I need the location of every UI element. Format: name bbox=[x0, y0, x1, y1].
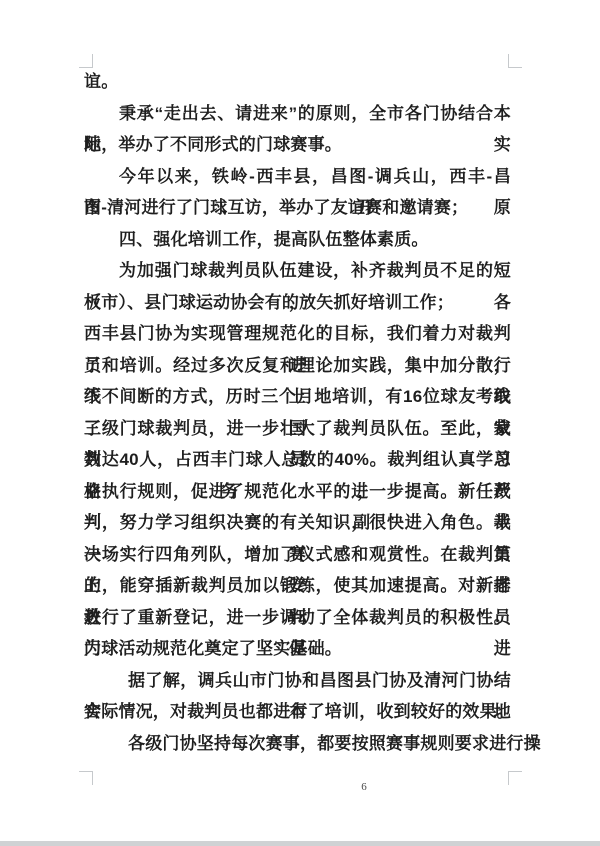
page-number: 6 bbox=[352, 781, 376, 793]
text-line: （市）、县门球运动协会有的放矢抓好培训工作； bbox=[84, 287, 511, 319]
text-line: 四、强化培训工作，提高队伍整体素质。 bbox=[84, 224, 511, 256]
text-line: 谊。 bbox=[84, 66, 511, 98]
text-line: 秉承“走出去、请进来”的原则，全市各门协结合本地实 bbox=[84, 98, 511, 130]
text-line: 三级门球裁判员，进一步壮大了裁判员队伍。至此，裁判员总 bbox=[84, 413, 511, 445]
text-line: 各级门协坚持每次赛事，都要按照赛事规则要求进行操 bbox=[84, 728, 511, 760]
page-bottom-edge bbox=[0, 841, 600, 846]
text-line: 据了解，调兵山市门协和昌图县门协及清河门协结合本地 bbox=[84, 665, 511, 697]
text-line: 判，努力学习组织决赛的有关知识，很快进入角色。半决赛第 bbox=[84, 507, 511, 539]
text-line: 进行了重新登记，进一步调动了全体裁判员的积极性。为促进 bbox=[84, 602, 511, 634]
text-line: 实际情况，对裁判员也都进行了培训，收到较好的效果。 bbox=[84, 696, 511, 728]
text-line: 一场实行四角列队，增加了仪式感和观赏性。在裁判员的安排 bbox=[84, 539, 511, 571]
margin-corner-mark-bottom-left bbox=[79, 771, 93, 785]
document-page: 谊。 秉承“走出去、请进来”的原则，全市各门协结合本地实 际，举办了不同形式的门… bbox=[0, 0, 600, 846]
text-line: 今年以来，铁岭-西丰县，昌图-调兵山，西丰-昌图、开原 bbox=[84, 161, 511, 193]
text-line: 上，能穿插新裁判员加以锻练，使其加速提高。对新老教判员 bbox=[84, 570, 511, 602]
text-line: 了和培训。经过多次反复和理论加实践，集中加分散，线上线 bbox=[84, 350, 511, 382]
text-line: 格执行规则，促进了规范化水平的进一步提高。新任裁判 副裁 bbox=[84, 476, 511, 508]
margin-corner-mark-bottom-right bbox=[508, 771, 522, 785]
text-line: 市-清河进行了门球互访，举办了友谊赛和邀请赛； bbox=[84, 192, 511, 224]
text-line: 西丰县门协为实现管理规范化的目标，我们着力对裁判员进行 bbox=[84, 318, 511, 350]
text-line: 为加强门球裁判员队伍建设，补齐裁判员不足的短板，各 bbox=[84, 255, 511, 287]
text-line: 数达40人，占西丰门球人总数的40%。裁判组认真学习业务，严 bbox=[84, 444, 511, 476]
text-line: 下不间断的方式，历时三个月地培训，有16位球友考取了国家 bbox=[84, 381, 511, 413]
body-text: 谊。 秉承“走出去、请进来”的原则，全市各门协结合本地实 际，举办了不同形式的门… bbox=[84, 66, 511, 759]
